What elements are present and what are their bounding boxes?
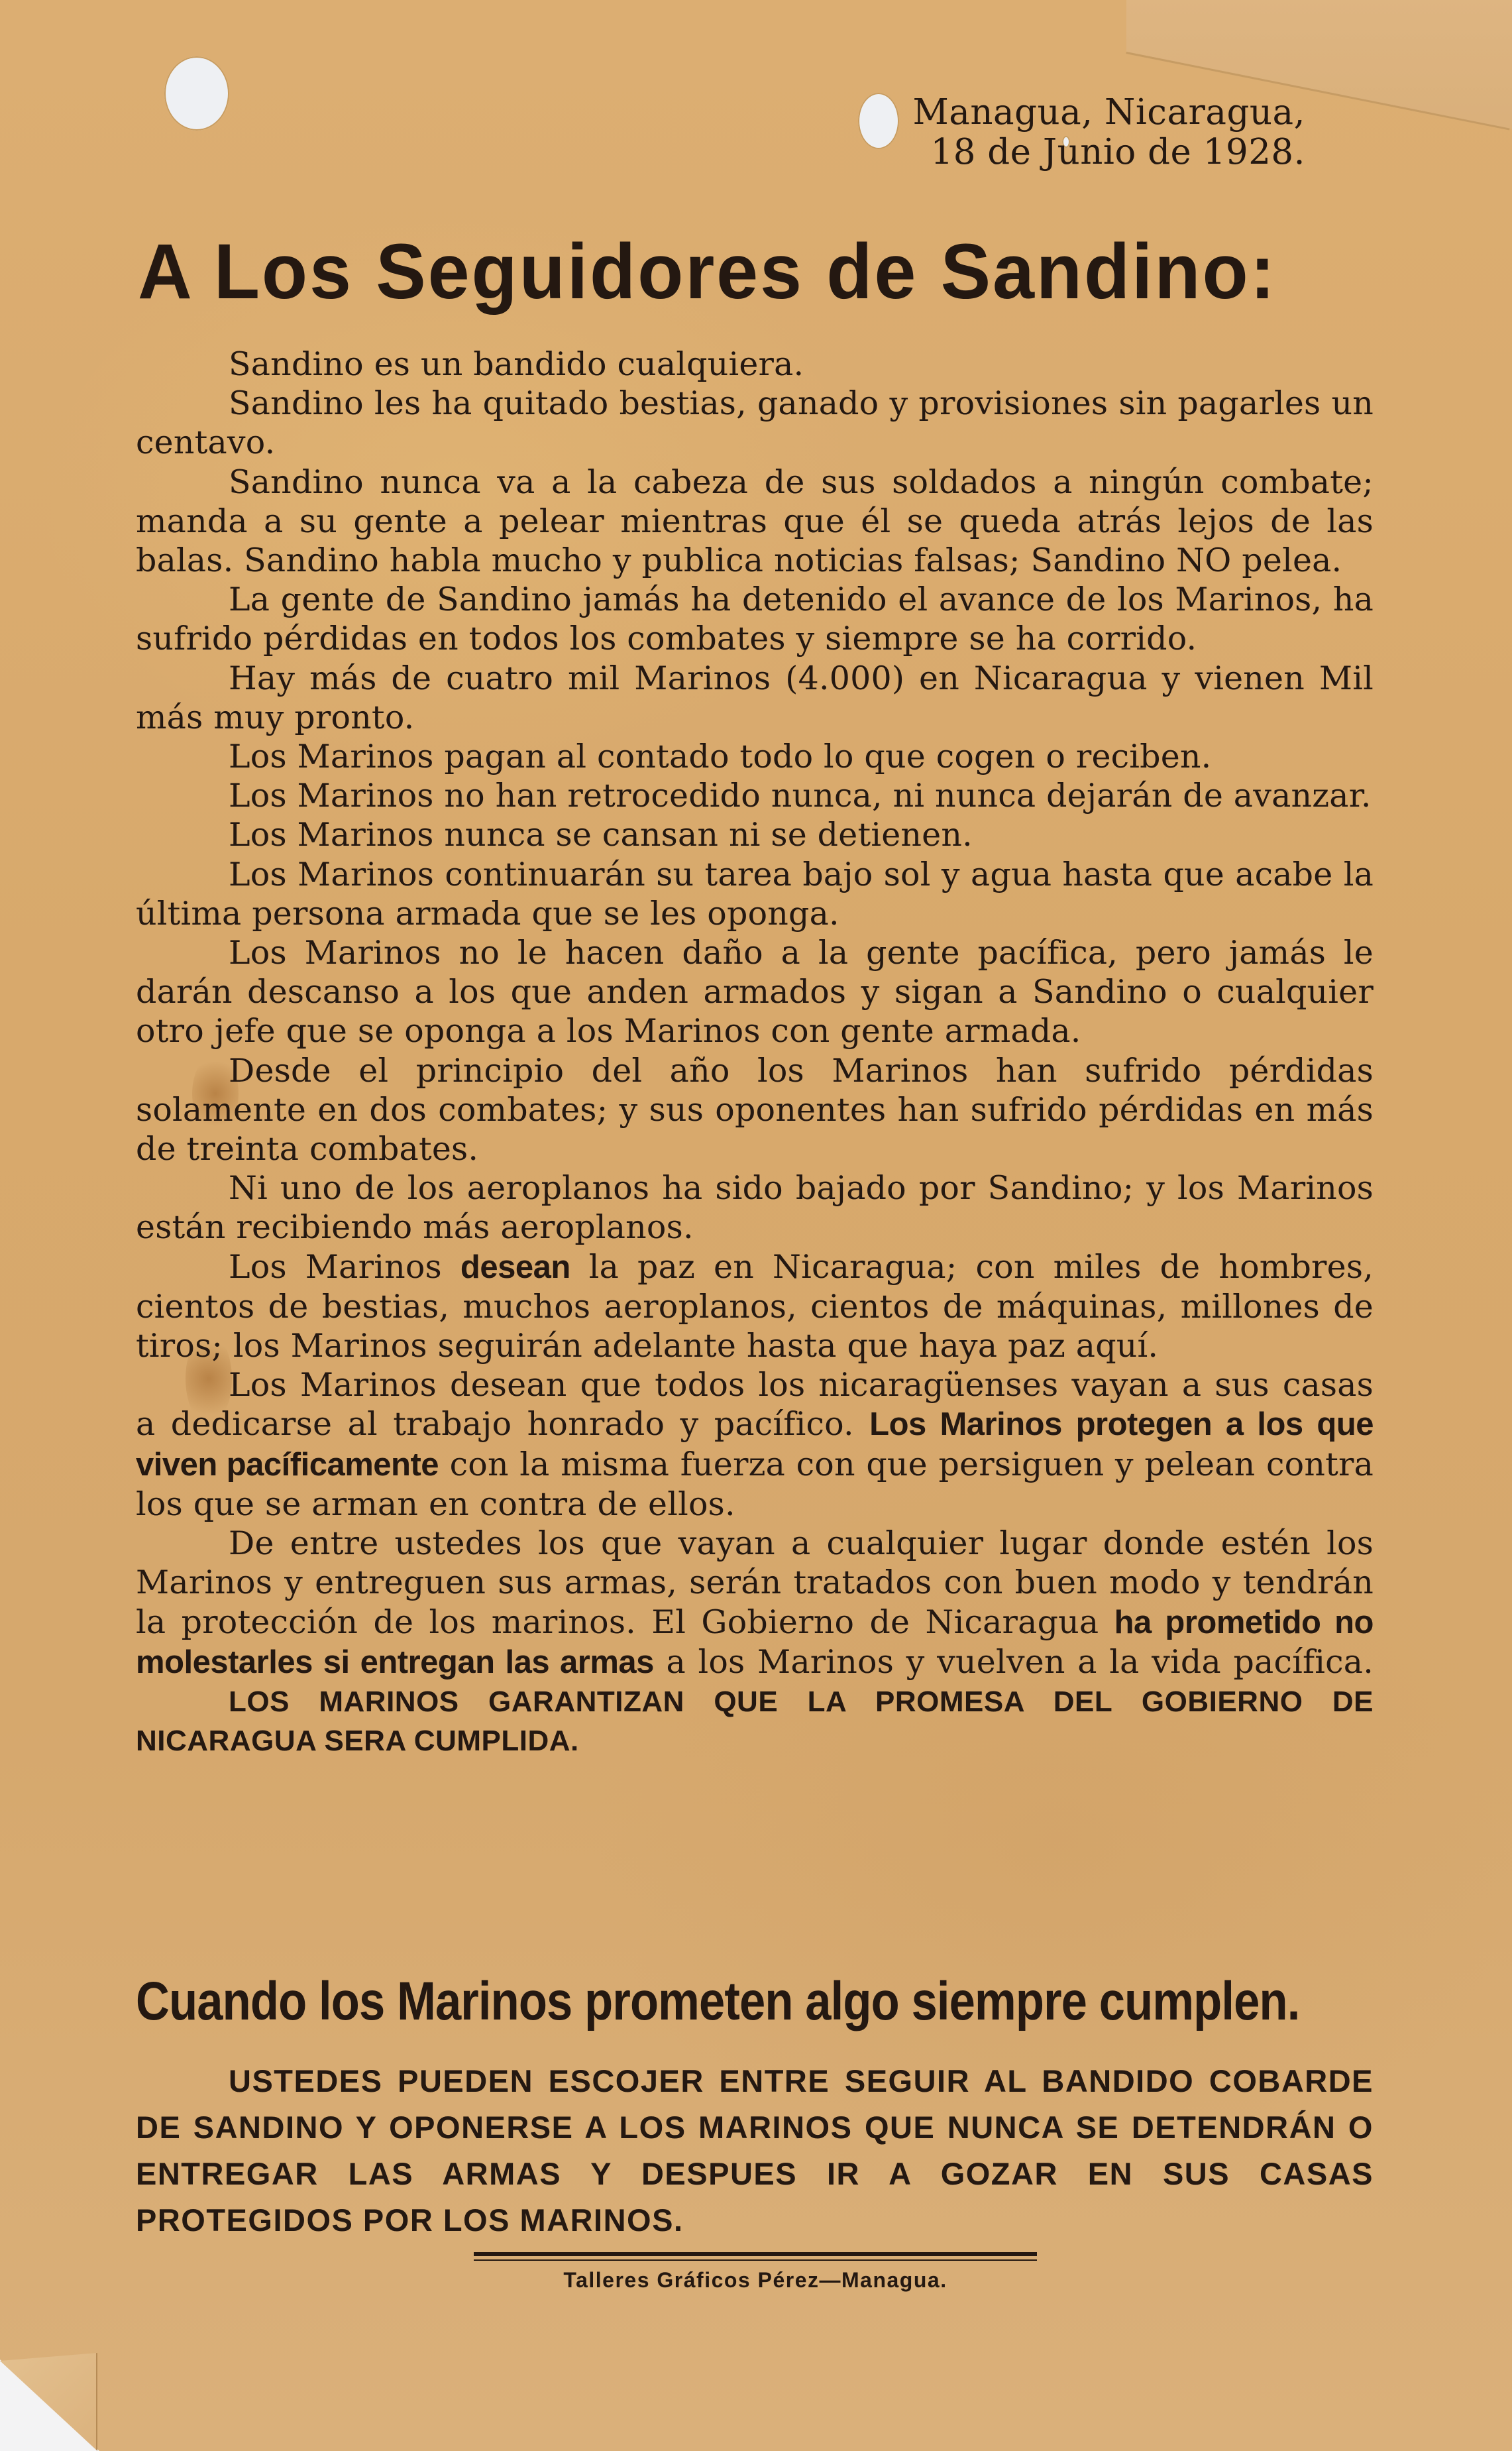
closing-paragraph: USTEDES PUEDEN ESCOJER ENTRE SEGUIR AL B… (136, 2058, 1374, 2244)
body-paragraph: Desde el principio del año los Marinos h… (136, 1051, 1374, 1169)
emphasis-text: desean (460, 1249, 570, 1285)
body-paragraph: De entre ustedes los que vayan a cualqui… (136, 1524, 1374, 1760)
body-paragraph: Ni uno de los aeroplanos ha sido bajado … (136, 1168, 1374, 1247)
body-paragraph: Los Marinos continuarán su tarea bajo so… (136, 855, 1374, 933)
paragraph-text: Los Marinos nunca se cansan ni se detien… (229, 816, 973, 854)
body-paragraph: Sandino es un bandido cualquiera. (136, 345, 1374, 384)
page-title: A Los Seguidores de Sandino: (138, 229, 1334, 315)
slogan: Cuando los Marinos prometen algo siempre… (136, 1972, 1207, 2031)
paragraph-text: Ni uno de los aeroplanos ha sido bajado … (136, 1169, 1374, 1246)
imprint-rule-thick (474, 2252, 1037, 2256)
body-paragraph: Los Marinos desean que todos los nicarag… (136, 1365, 1374, 1524)
paragraph-text: Hay más de cuatro mil Marinos (4.000) en… (136, 659, 1374, 736)
paragraph-text: La gente de Sandino jamás ha detenido el… (136, 581, 1374, 657)
paragraph-text: Los Marinos (229, 1248, 460, 1286)
body-paragraph: Los Marinos no han retrocedido nunca, ni… (136, 776, 1374, 815)
capital-emphasis-text: LOS MARINOS GARANTIZAN QUE LA PROMESA DE… (136, 1682, 1374, 1760)
paragraph-text: Desde el principio del año los Marinos h… (136, 1052, 1374, 1168)
paragraph-text: Sandino nunca va a la cabeza de sus sold… (136, 463, 1374, 579)
body-paragraph: Los Marinos nunca se cansan ni se detien… (136, 815, 1374, 854)
punch-hole (164, 56, 229, 131)
imprint-rule-thin (474, 2259, 1037, 2261)
paragraph-text: Sandino les ha quitado bestias, ganado y… (136, 384, 1374, 461)
paragraph-text: Los Marinos continuarán su tarea bajo so… (136, 856, 1374, 933)
dateline-place: Managua, Nicaragua, (875, 93, 1305, 133)
paragraph-text: a los Marinos y vuelven a la vida pacífi… (654, 1643, 1374, 1681)
closing-statement: USTEDES PUEDEN ESCOJER ENTRE SEGUIR AL B… (136, 2058, 1374, 2244)
dateline: Managua, Nicaragua, 18 de Junio de 1928. (875, 93, 1305, 172)
bottom-left-folded-corner (0, 2353, 97, 2451)
body-text: Sandino es un bandido cualquiera.Sandino… (136, 345, 1374, 1760)
body-paragraph: Los Marinos no le hacen daño a la gente … (136, 933, 1374, 1051)
paragraph-text: Los Marinos no le hacen daño a la gente … (136, 934, 1374, 1050)
body-paragraph: Los Marinos desean la paz en Nicaragua; … (136, 1247, 1374, 1366)
paragraph-text: Sandino es un bandido cualquiera. (229, 345, 804, 383)
paragraph-text: Los Marinos no han retrocedido nunca, ni… (229, 777, 1372, 815)
body-paragraph: La gente de Sandino jamás ha detenido el… (136, 580, 1374, 658)
paragraph-text: Los Marinos pagan al contado todo lo que… (229, 738, 1211, 775)
dateline-date: 18 de Junio de 1928. (875, 133, 1305, 172)
printer-imprint: Talleres Gráficos Pérez—Managua. (474, 2267, 1037, 2293)
body-paragraph: Sandino les ha quitado bestias, ganado y… (136, 384, 1374, 462)
body-paragraph: Hay más de cuatro mil Marinos (4.000) en… (136, 659, 1374, 737)
body-paragraph: Sandino nunca va a la cabeza de sus sold… (136, 463, 1374, 581)
body-paragraph: Los Marinos pagan al contado todo lo que… (136, 737, 1374, 776)
